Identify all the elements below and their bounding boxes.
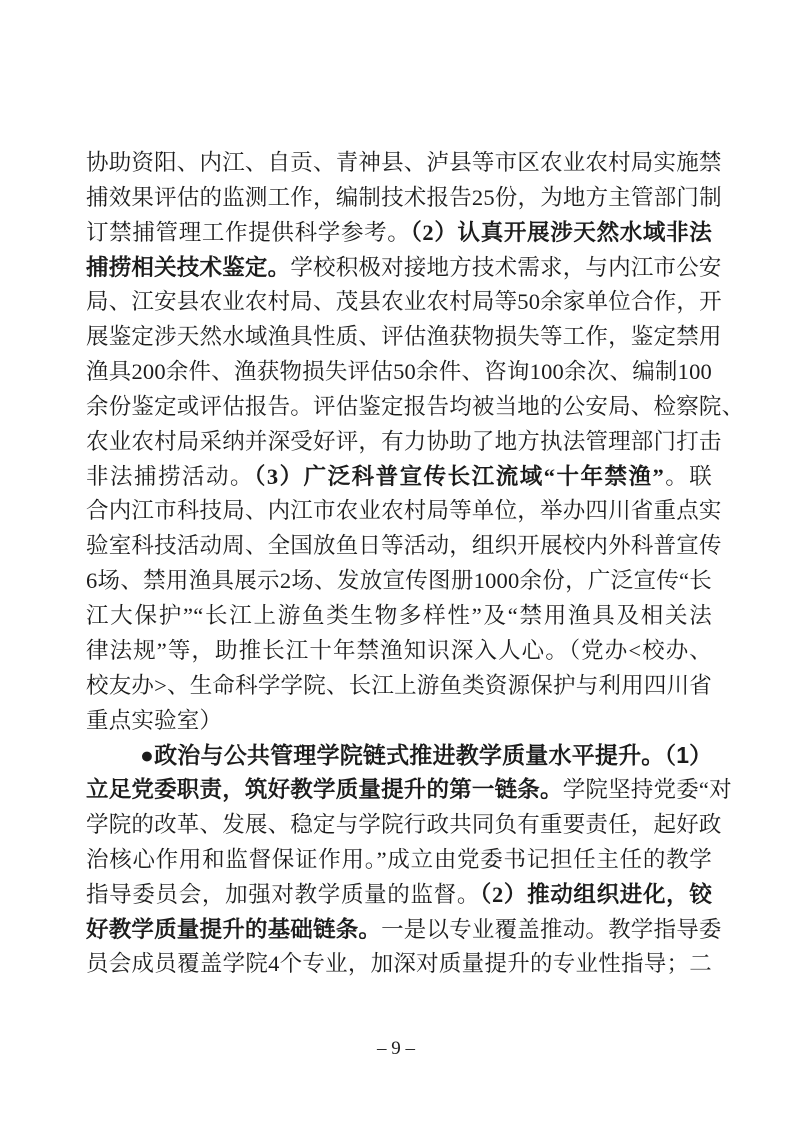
text-run: 学院坚持党委“对 <box>563 777 732 802</box>
text-line: 农业农村局采纳并深受好评，有力协助了地方执法管理部门打击 <box>86 425 712 460</box>
body-text: 协助资阳、内江、自贡、青神县、泸县等市区农业农村局实施禁捕效果评估的监测工作，编… <box>86 146 712 982</box>
text-line: 律法规”等，助推长江十年禁渔知识深入人心。（党办<校办、 <box>86 634 712 669</box>
text-run: 学院的改革、发展、稳定与学院行政共同负有重要责任，起好政 <box>86 812 722 837</box>
bold-run: （3）广泛科普宣传长江流域“十年禁渔” <box>254 464 664 489</box>
text-run: 江大保护”“长江上游鱼类生物多样性”及“禁用渔具及相关法 <box>86 603 712 628</box>
text-run: 验室科技活动周、全国放鱼日等活动，组织开展校内外科普宣传 <box>86 533 722 558</box>
text-run: 渔具200余件、渔获物损失评估50余件、咨询100余次、编制100 <box>86 359 712 384</box>
text-line: 江大保护”“长江上游鱼类生物多样性”及“禁用渔具及相关法 <box>86 599 712 634</box>
text-line: 捕捞相关技术鉴定。学校积极对接地方技术需求，与内江市公安 <box>86 251 712 286</box>
text-line: 局、江安县农业农村局、茂县农业农村局等50余家单位合作，开 <box>86 285 712 320</box>
text-run: 律法规”等，助推长江十年禁渔知识深入人心。（党办<校办、 <box>86 638 712 663</box>
text-run: 合内江市科技局、内江市农业农村局等单位，举办四川省重点实 <box>86 498 722 523</box>
text-line: ●政治与公共管理学院链式推进教学质量水平提升。（1） <box>86 738 712 773</box>
text-run: 重点实验室） <box>86 708 222 733</box>
bold-run: 立足党委职责，筑好教学质量提升的第一链条。 <box>86 777 563 802</box>
text-line: 展鉴定涉天然水域渔具性质、评估渔获物损失等工作，鉴定禁用 <box>86 320 712 355</box>
text-line: 合内江市科技局、内江市农业农村局等单位，举办四川省重点实 <box>86 494 712 529</box>
text-run: 校友办>、生命科学学院、长江上游鱼类资源保护与利用四川省 <box>86 673 712 698</box>
text-run: 一是以专业覆盖推动。教学指导委 <box>381 917 722 942</box>
text-run: 协助资阳、内江、自贡、青神县、泸县等市区农业农村局实施禁 <box>86 150 722 175</box>
text-line: 重点实验室） <box>86 704 712 739</box>
text-line: 校友办>、生命科学学院、长江上游鱼类资源保护与利用四川省 <box>86 669 712 704</box>
text-line: 指导委员会，加强对教学质量的监督。（2）推动组织进化，铰 <box>86 878 712 913</box>
text-run: 。联 <box>664 464 712 489</box>
text-line: 6场、禁用渔具展示2场、发放宣传图册1000余份，广泛宣传“长 <box>86 564 712 599</box>
page-number: – 9 – <box>0 1038 792 1060</box>
text-run: 订禁捕管理工作提供科学参考。 <box>86 220 410 245</box>
bold-run: 好教学质量提升的基础链条。 <box>86 917 381 942</box>
document-page: 协助资阳、内江、自贡、青神县、泸县等市区农业农村局实施禁捕效果评估的监测工作，编… <box>0 0 792 1121</box>
text-line: 渔具200余件、渔获物损失评估50余件、咨询100余次、编制100 <box>86 355 712 390</box>
text-run: 员会成员覆盖学院4个专业，加深对质量提升的专业性指导；二 <box>86 951 712 976</box>
text-line: 立足党委职责，筑好教学质量提升的第一链条。学院坚持党委“对 <box>86 773 712 808</box>
text-run: 展鉴定涉天然水域渔具性质、评估渔获物损失等工作，鉴定禁用 <box>86 324 722 349</box>
text-run: 余份鉴定或评估报告。评估鉴定报告均被当地的公安局、检察院、 <box>86 394 744 419</box>
text-line: 订禁捕管理工作提供科学参考。（2）认真开展涉天然水域非法 <box>86 216 712 251</box>
text-line: 协助资阳、内江、自贡、青神县、泸县等市区农业农村局实施禁 <box>86 146 712 181</box>
text-line: 学院的改革、发展、稳定与学院行政共同负有重要责任，起好政 <box>86 808 712 843</box>
bold-run: （2）认真开展涉天然水域非法 <box>410 220 712 245</box>
text-run: 局、江安县农业农村局、茂县农业农村局等50余家单位合作，开 <box>86 289 722 314</box>
text-run: 非法捕捞活动。 <box>86 464 254 489</box>
text-run: 农业农村局采纳并深受好评，有力协助了地方执法管理部门打击 <box>86 429 722 454</box>
bold-run: 捕捞相关技术鉴定。 <box>86 255 290 280</box>
text-run: 指导委员会，加强对教学质量的监督。 <box>86 882 480 907</box>
text-line: 员会成员覆盖学院4个专业，加深对质量提升的专业性指导；二 <box>86 947 712 982</box>
text-run: 捕效果评估的监测工作，编制技术报告25份，为地方主管部门制 <box>86 185 722 210</box>
text-line: 非法捕捞活动。（3）广泛科普宣传长江流域“十年禁渔”。联 <box>86 460 712 495</box>
text-run: 学校积极对接地方技术需求，与内江市公安 <box>290 255 721 280</box>
text-line: 治核心作用和监督保证作用。”成立由党委书记担任主任的教学 <box>86 843 712 878</box>
text-line: 好教学质量提升的基础链条。一是以专业覆盖推动。教学指导委 <box>86 913 712 948</box>
text-line: 余份鉴定或评估报告。评估鉴定报告均被当地的公安局、检察院、 <box>86 390 712 425</box>
text-run: 治核心作用和监督保证作用。”成立由党委书记担任主任的教学 <box>86 847 712 872</box>
bold-run: （2）推动组织进化，铰 <box>480 882 712 907</box>
text-line: 捕效果评估的监测工作，编制技术报告25份，为地方主管部门制 <box>86 181 712 216</box>
text-line: 验室科技活动周、全国放鱼日等活动，组织开展校内外科普宣传 <box>86 529 712 564</box>
heading-run: ●政治与公共管理学院链式推进教学质量水平提升。（1） <box>140 742 712 768</box>
text-run: 6场、禁用渔具展示2场、发放宣传图册1000余份，广泛宣传“长 <box>86 568 712 593</box>
